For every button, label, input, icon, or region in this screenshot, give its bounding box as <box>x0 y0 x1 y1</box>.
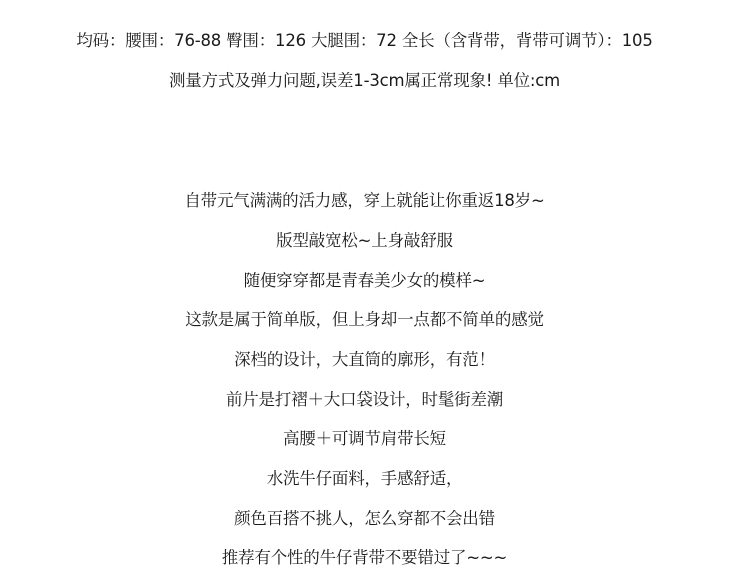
description-line: 版型敲宽松~上身敲舒服 <box>0 229 729 253</box>
description-line: 随便穿穿都是青春美少女的模样~ <box>0 269 729 293</box>
description-line: 推荐有个性的牛仔背带不要错过了~~~ <box>0 546 729 570</box>
size-spec-line: 均码：腰围：76-88 臀围：126 大腿围：72 全长（含背带，背带可调节）：… <box>0 29 729 53</box>
description-line: 深档的设计，大直筒的廓形，有范！ <box>0 348 729 372</box>
description-line: 水洗牛仔面料，手感舒适， <box>0 467 729 491</box>
description-line: 前片是打褶＋大口袋设计，时髦街差潮 <box>0 388 729 412</box>
description-line: 颜色百搭不挑人，怎么穿都不会出错 <box>0 507 729 531</box>
description-line: 这款是属于简单版，但上身却一点都不简单的感觉 <box>0 308 729 332</box>
description-line: 自带元气满满的活力感，穿上就能让你重返18岁~ <box>0 189 729 213</box>
measurement-note: 测量方式及弹力问题,误差1-3cm属正常现象! 单位:cm <box>0 69 729 93</box>
description-line: 高腰＋可调节肩带长短 <box>0 427 729 451</box>
